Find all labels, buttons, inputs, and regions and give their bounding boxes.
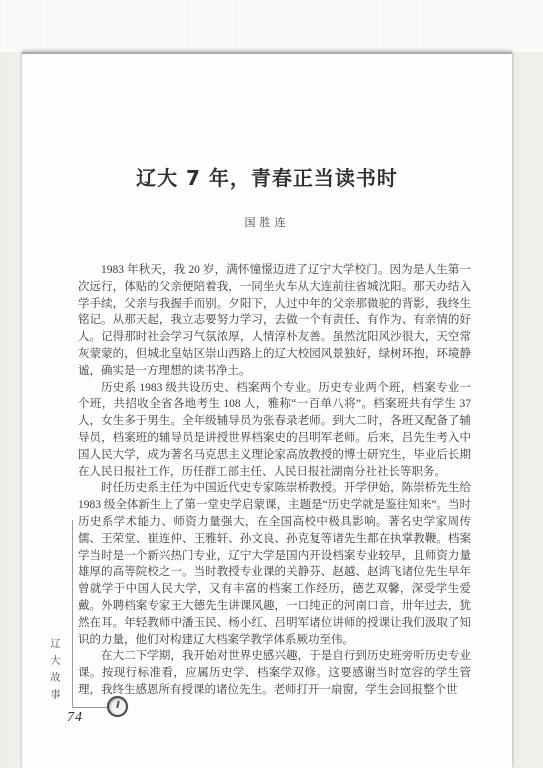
sidebar-corner-rule	[72, 707, 109, 708]
paragraph-2: 历史系 1983 级共设历史、档案两个专业。历史专业两个班，档案专业一个班，共招…	[78, 380, 471, 481]
paragraph-4: 在大二下学期，我开始对世界史感兴趣，于是自行到历史班旁听历史专业课。按现行标准看…	[78, 648, 471, 698]
paragraph-1: 1983 年秋天，我 20 岁，满怀憧憬迈进了辽宁大学校门。因为是人生第一次远行…	[78, 262, 471, 380]
article-title: 辽大 7 年，青春正当读书时	[22, 162, 512, 191]
clock-seal-icon	[107, 696, 128, 717]
book-page: 辽大 7 年，青春正当读书时 国胜连 1983 年秋天，我 20 岁，满怀憧憬迈…	[22, 52, 512, 768]
chapter-sidebar-label: 辽大故事	[46, 638, 61, 706]
article-body: 1983 年秋天，我 20 岁，满怀憧憬迈进了辽宁大学校门。因为是人生第一次远行…	[78, 262, 471, 699]
clock-hand	[116, 701, 119, 708]
article-author: 国胜连	[22, 214, 512, 230]
sidebar-vertical-rule	[72, 520, 73, 708]
paragraph-3: 时任历史系主任为中国近代史专家陈崇桥教授。开学伊始，陈崇桥先生给 1983 级全…	[78, 480, 471, 648]
page-number: 74	[67, 710, 83, 726]
